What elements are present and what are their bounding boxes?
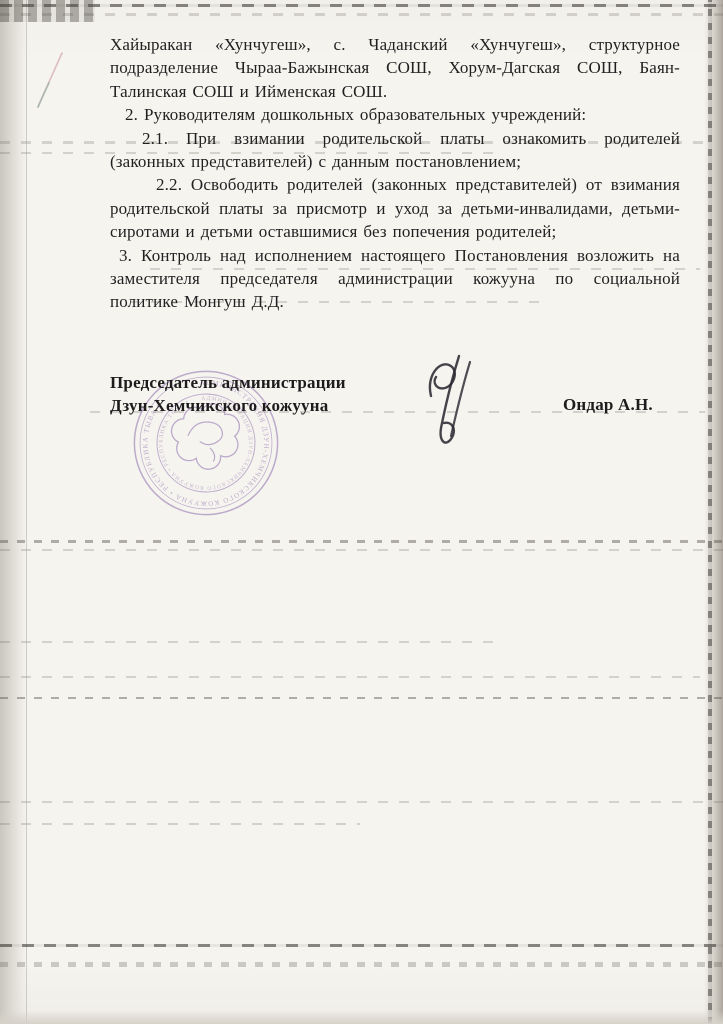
scan-streak bbox=[0, 676, 700, 678]
scan-noise-top-left bbox=[0, 0, 95, 22]
document-paragraph: 2. Руководителям дошкольных образователь… bbox=[110, 103, 680, 126]
scanned-document-page: АДМИНИСТРАЦИЯ ДЗУН-ХЕМЧИКСКОГО КОЖУУНА •… bbox=[0, 0, 723, 1024]
stamp-emblem-figure bbox=[187, 420, 225, 463]
scan-streak bbox=[0, 823, 360, 825]
scan-streak bbox=[0, 549, 723, 551]
pen-mark bbox=[30, 45, 80, 115]
scan-streak bbox=[0, 697, 723, 699]
scan-streak bbox=[0, 13, 723, 16]
signer-title-line1: Председатель администрации bbox=[110, 372, 346, 395]
scan-streak bbox=[0, 944, 723, 947]
signer-title-line2: Дзун-Хемчикского кожууна bbox=[110, 395, 346, 418]
signer-title: Председатель администрации Дзун-Хемчикск… bbox=[110, 372, 346, 417]
scan-streak bbox=[0, 801, 723, 803]
document-paragraph: 2.1. При взимании родительской платы озн… bbox=[110, 127, 680, 174]
document-body: Хайыракан «Хунчугеш», с. Чаданский «Хунч… bbox=[110, 33, 680, 314]
document-paragraph: Хайыракан «Хунчугеш», с. Чаданский «Хунч… bbox=[110, 33, 680, 103]
scan-streak bbox=[0, 641, 500, 643]
scan-edge-right bbox=[704, 0, 723, 1024]
handwritten-signature bbox=[413, 352, 491, 448]
scan-streak bbox=[0, 4, 723, 7]
scan-edge-bottom bbox=[0, 1010, 723, 1024]
signer-name: Ондар А.Н. bbox=[563, 395, 653, 415]
document-paragraph: 2.2. Освободить родителей (законных пред… bbox=[110, 173, 680, 243]
scan-streak bbox=[0, 962, 723, 967]
scan-streak bbox=[0, 540, 723, 543]
document-paragraph: 3. Контроль над исполнением настоящего П… bbox=[110, 244, 680, 314]
